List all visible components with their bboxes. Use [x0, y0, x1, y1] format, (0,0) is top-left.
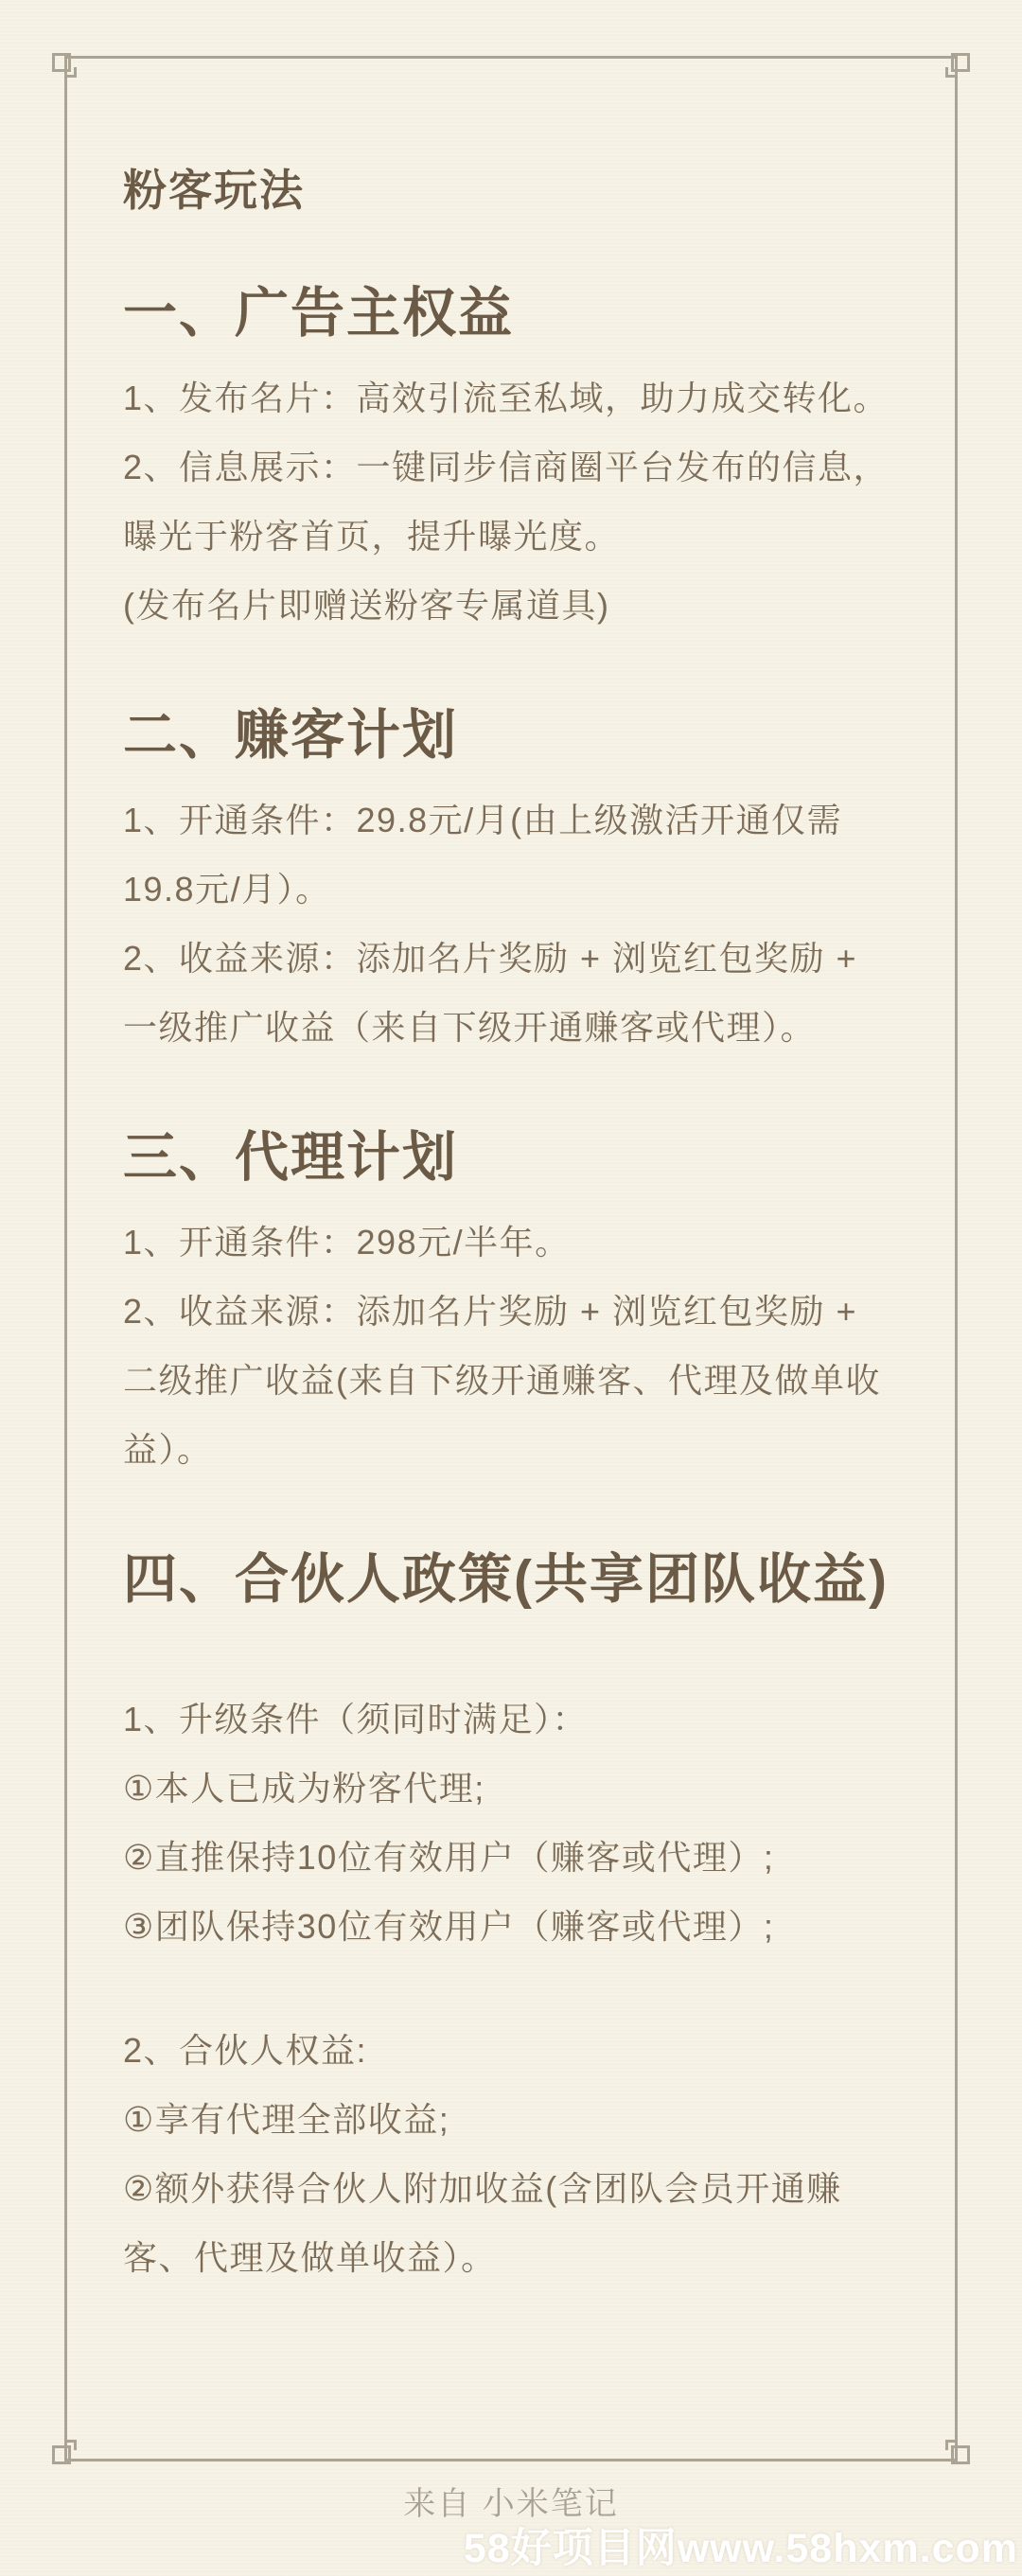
section-heading-zhuanke-plan: 二、赚客计划: [123, 698, 903, 772]
list-item: 1、开通条件：29.8元/月(由上级激活开通仅需19.8元/月）。: [123, 785, 903, 924]
list-item: ②直推保持10位有效用户（赚客或代理）;: [123, 1823, 903, 1892]
poster-page: 粉客玩法 一、广告主权益 1、发布名片：高效引流至私域，助力成交转化。 2、信息…: [0, 0, 1022, 2576]
spacer: [123, 1961, 903, 2016]
list-item: ②额外获得合伙人附加收益(含团队会员开通赚客、代理及做单收益）。: [123, 2154, 903, 2292]
corner-ornament-top-right: [951, 53, 970, 72]
list-item: ①享有代理全部收益;: [123, 2085, 903, 2154]
list-item: (发布名片即赠送粉客专属道具): [123, 571, 903, 640]
section-heading-advertiser-rights: 一、广告主权益: [123, 276, 903, 350]
spacer: [123, 1630, 903, 1685]
list-item: 2、信息展示：一键同步信商圈平台发布的信息，曝光于粉客首页，提升曝光度。: [123, 432, 903, 571]
list-item: 2、收益来源：添加名片奖励 + 浏览红包奖励 + 二级推广收益(来自下级开通赚客…: [123, 1277, 903, 1484]
list-item: ③团队保持30位有效用户（赚客或代理）;: [123, 1892, 903, 1961]
corner-ornament-bottom-left: [52, 2445, 71, 2464]
list-item: 1、发布名片：高效引流至私域，助力成交转化。: [123, 363, 903, 432]
watermark: 58好项目网www.58hxm.com: [464, 2516, 1018, 2574]
list-item: 1、开通条件：298元/半年。: [123, 1208, 903, 1277]
corner-ornament-top-left: [52, 53, 71, 72]
corner-ornament-bottom-right: [951, 2445, 970, 2464]
section-heading-agent-plan: 三、代理计划: [123, 1120, 903, 1194]
section-heading-partner-policy: 四、合伙人政策(共享团队收益): [123, 1543, 903, 1616]
page-title: 粉客玩法: [123, 163, 903, 218]
poster-content: 粉客玩法 一、广告主权益 1、发布名片：高效引流至私域，助力成交转化。 2、信息…: [123, 163, 903, 2292]
list-item: ①本人已成为粉客代理;: [123, 1754, 903, 1823]
list-item: 1、升级条件（须同时满足）：: [123, 1685, 903, 1754]
list-item: 2、收益来源：添加名片奖励 + 浏览红包奖励 + 一级推广收益（来自下级开通赚客…: [123, 924, 903, 1062]
list-item: 2、合伙人权益:: [123, 2016, 903, 2085]
